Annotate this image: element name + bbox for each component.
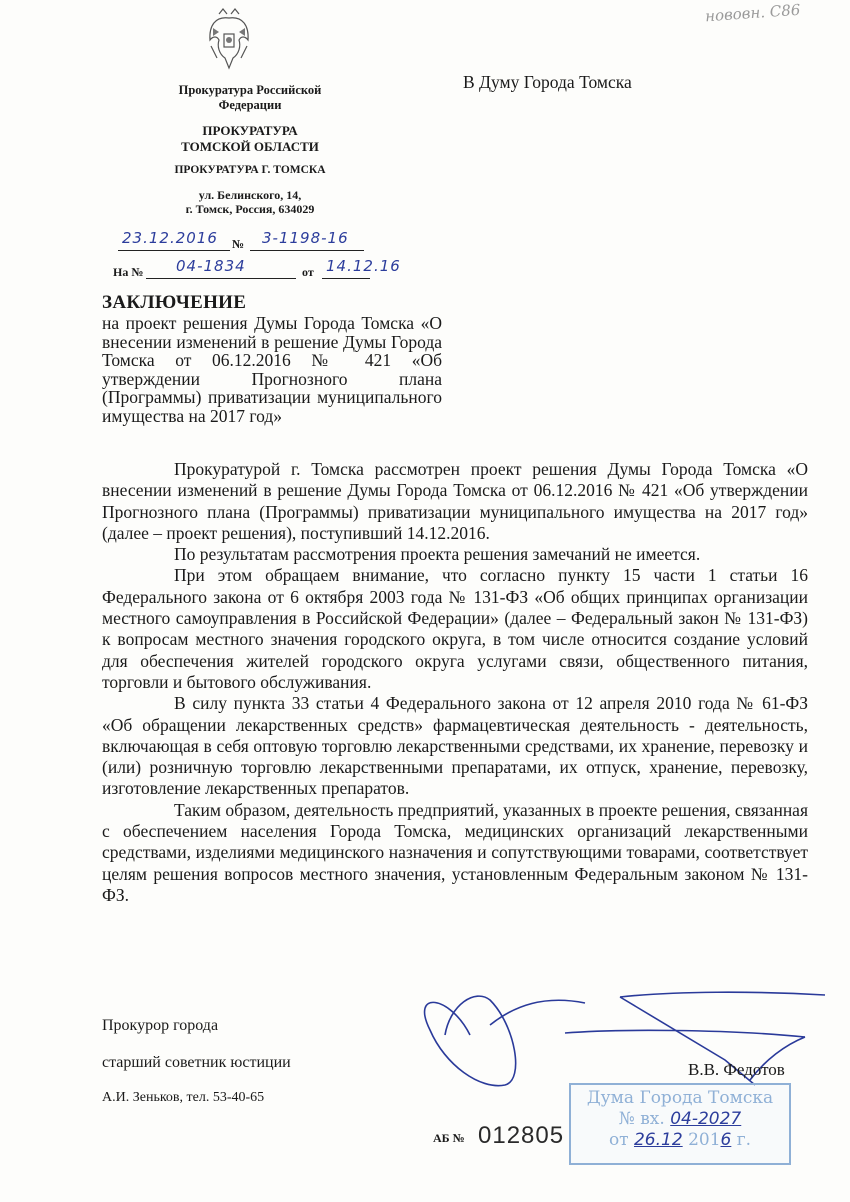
stamp-date-row: от 26.12 2016 г. (571, 1130, 789, 1150)
stamp-in-label: № вх. (619, 1109, 665, 1129)
document-subject: на проект решения Думы Города Томска «О … (102, 314, 442, 425)
stamp-year-prefix: 201 (688, 1130, 720, 1150)
document-body: Прокуратурой г. Томска рассмотрен проект… (102, 459, 808, 906)
reply-number: 04-1834 (176, 257, 246, 275)
reply-from-label: от (302, 265, 314, 280)
document-title: ЗАКЛЮЧЕНИЕ (102, 292, 246, 314)
signer-rank: старший советник юстиции (102, 1054, 291, 1072)
outgoing-date: 23.12.2016 (122, 229, 218, 247)
reply-label: На № (113, 265, 143, 280)
org-name-city: ПРОКУРАТУРА Г. ТОМСКА (150, 164, 350, 178)
body-paragraph-4: В силу пункта 33 статьи 4 Федерального з… (102, 693, 808, 799)
body-paragraph-2: По результатам рассмотрения проекта реше… (102, 544, 808, 565)
serial-label: АБ № (433, 1131, 465, 1146)
stamp-date-day-month: 26.12 (634, 1130, 683, 1150)
org-name-regional: ПРОКУРАТУРА ТОМСКОЙ ОБЛАСТИ (150, 123, 350, 154)
body-paragraph-5: Таким образом, деятельность предприятий,… (102, 800, 808, 906)
org-address: ул. Белинского, 14, г. Томск, Россия, 63… (150, 188, 350, 217)
russian-coat-of-arms-icon (205, 6, 253, 76)
stamp-org: Дума Города Томска (571, 1088, 789, 1108)
stamp-incoming-number-row: № вх. 04-2027 (571, 1109, 789, 1129)
incoming-registration-stamp: Дума Города Томска № вх. 04-2027 от 26.1… (569, 1083, 791, 1165)
addressee: В Думу Города Томска (463, 72, 632, 93)
stamp-year-suffix: 6 (721, 1130, 732, 1150)
outgoing-number: 3-1198-16 (262, 229, 349, 247)
org-name-federal: Прокуратура Российской Федерации (150, 83, 350, 113)
executor-contact: А.И. Зеньков, тел. 53-40-65 (102, 1090, 264, 1106)
signer-position: Прокурор города (102, 1017, 218, 1035)
body-paragraph-3: При этом обращаем внимание, что согласно… (102, 565, 808, 693)
number-label: № (232, 237, 244, 252)
serial-number: 012805 (478, 1122, 564, 1150)
stamp-in-number: 04-2027 (670, 1109, 741, 1129)
stamp-date-label: от (609, 1130, 629, 1150)
reply-date: 14.12.16 (326, 257, 401, 275)
body-paragraph-1: Прокуратурой г. Томска рассмотрен проект… (102, 459, 808, 544)
stamp-date-suffix: г. (737, 1130, 751, 1150)
signer-name: В.В. Федотов (688, 1060, 785, 1080)
handwritten-corner-note: нововн. С86 (704, 1, 800, 26)
